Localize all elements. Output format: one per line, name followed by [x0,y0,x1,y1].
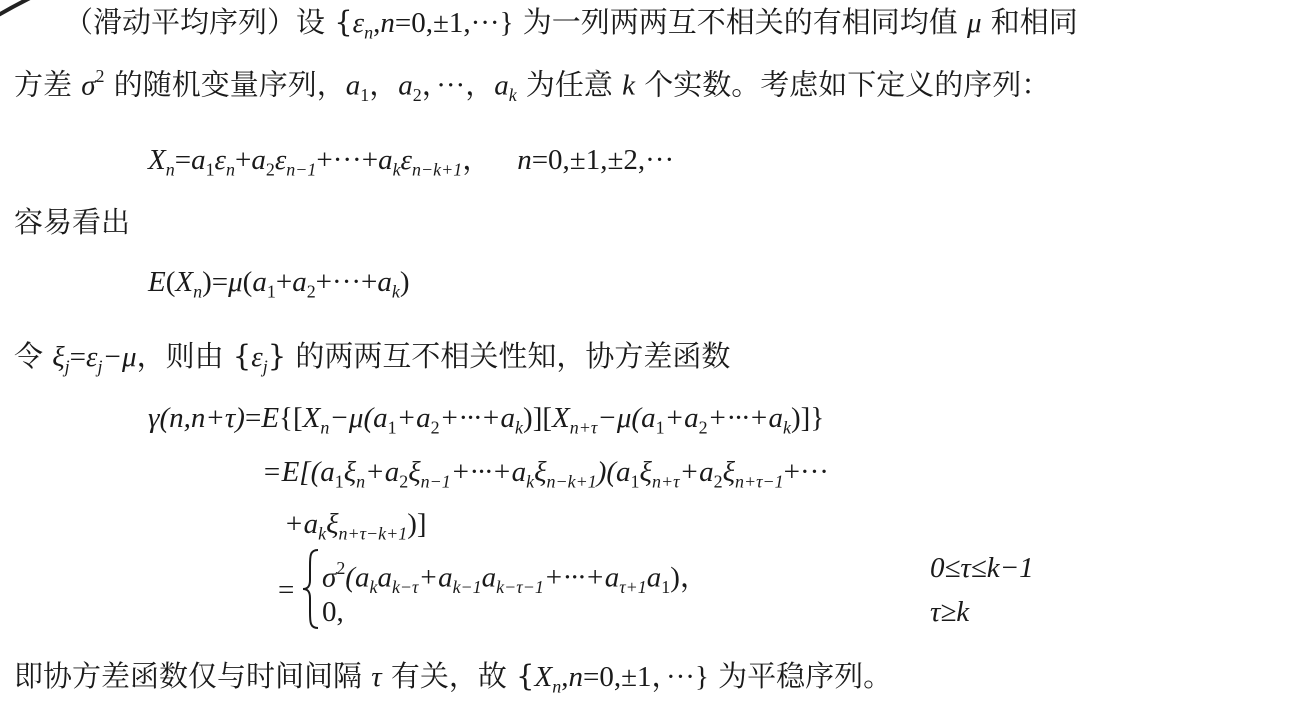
subscript: n−1 [286,159,316,179]
equals-sign: = [70,341,86,373]
text: +···+a [440,402,515,434]
subscript: n+τ−1 [735,471,784,491]
subscript: 2 [431,417,440,437]
xi-symbol: ξ [534,456,546,488]
text: )= [202,266,228,298]
text: (a [345,562,369,594]
subscript: k [515,417,523,437]
text: −μ(a [597,402,655,434]
variable-a: a [647,562,662,594]
text: 的两两互不相关性知，协方差函数 [286,339,730,373]
paragraph-2: 容易看出 [14,202,130,242]
xi-symbol: ξ [408,456,420,488]
text: ，则由 { [137,339,252,373]
subscript: n−1 [421,471,451,491]
epsilon-symbol: ε [215,144,226,176]
text: 为任意 [517,68,622,102]
text: ) [400,266,410,298]
subscript: k [318,523,326,543]
sigma-symbol: σ [81,70,95,102]
tau-symbol: τ [371,661,381,693]
text: 和相同 [982,5,1078,39]
subscript: n−k+1 [412,159,462,179]
subscript: k−1 [453,577,482,597]
subscript: 1 [360,85,369,105]
subscript: 1 [267,281,276,301]
text: =E[(a [262,456,335,488]
xi-symbol: ξ [344,456,356,488]
text: 个实数。考虑如下定义的序列： [635,68,1050,102]
text: +···+a [451,456,526,488]
text: −μ(a [329,402,387,434]
text: 令 [14,339,52,373]
variable-X: X [303,402,321,434]
text: ， [369,68,398,102]
epsilon-symbol: ε [353,7,364,39]
subscript: 2 [413,85,422,105]
variable-a: a [482,562,497,594]
gamma-symbol: γ [148,402,159,434]
subscript: 2 [714,471,723,491]
ellipsis: ··· [332,266,361,298]
variable-X: X [148,144,166,176]
text: 为平稳序列。 [709,659,892,693]
variable-n: n [568,661,583,693]
xi-symbol: ξ [52,341,64,373]
subscript: 2 [399,471,408,491]
subscript: k−τ [392,577,419,597]
case-2-condition: τ≥k [930,592,969,632]
text: +···+a [708,402,783,434]
subscript: n [166,159,175,179]
plus-sign: + [362,144,378,176]
xi-symbol: ξ [640,456,652,488]
superscript: 2 [96,66,105,86]
text: +a [680,456,714,488]
text: +a [397,402,431,434]
arguments: (n,n+τ) [159,402,245,434]
subscript: n+τ [652,471,680,491]
subscript: 2 [307,281,316,301]
epsilon-symbol: ε [86,341,97,373]
variable-n: n [380,7,395,39]
text: +··· [784,456,829,488]
ellipsis: ··· [333,144,362,176]
paragraph-3: 令 ξj=εj−μ，则由 {εj} 的两两互不相关性知，协方差函数 [14,336,730,386]
case-1-condition: 0≤τ≤k−1 [930,548,1034,588]
superscript: 2 [336,558,345,578]
equals-sign: = [245,402,261,434]
subscript: τ+1 [619,577,647,597]
text: 容易看出 [14,205,130,239]
subscript: n [364,22,373,42]
plus-sign: + [361,266,377,298]
variable-a: a [494,70,509,102]
text: +a [284,508,318,540]
epsilon-symbol: ε [401,144,412,176]
text: )(a [597,456,631,488]
case-1: σ2(akak−τ+ak−1ak−τ−1+···+aτ+1a1)， [322,548,709,607]
sigma-symbol: σ [322,562,336,594]
text: ( [166,266,176,298]
subscript: n [356,471,365,491]
subscript: 1 [661,577,670,597]
paragraph-1-line-2: 方差 σ2 的随机变量序列，a1，a2，···，ak 为任意 k 个实数。考虑如… [14,56,1050,115]
variable-a: a [377,562,392,594]
subscript: n [552,676,561,696]
xi-symbol: ξ [326,508,338,540]
subscript: k−τ−1 [496,577,544,597]
variable-a: a [292,266,307,298]
text: （滑动平均序列）设 { [64,5,353,39]
subscript: 1 [631,471,640,491]
subscript: 1 [335,471,344,491]
variable-a: a [191,144,206,176]
condition: τ≥k [930,596,969,628]
subscript: n [226,159,235,179]
text: )， [670,562,709,594]
epsilon-symbol: ε [275,144,286,176]
variable-a: a [398,70,413,102]
variable-a: a [252,266,267,298]
variable-a: a [251,144,266,176]
condition: =0,±1,±2,··· [532,144,674,176]
equation-moving-average: Xn=a1εn+a2εn−1+···+akεn−k+1，n=0,±1,±2,··… [148,140,674,189]
text: ( [243,266,253,298]
subscript: k [393,159,401,179]
variable-a: a [346,70,361,102]
plus-sign: + [316,266,332,298]
subscript: k [392,281,400,301]
text: +a [419,562,453,594]
variable-a: a [378,144,393,176]
text: ， [465,68,494,102]
subscript: 1 [388,417,397,437]
text: 有关，故 { [382,659,535,693]
case-2: 0, [322,592,344,632]
text: )][ [523,402,552,434]
subscript: 1 [206,159,215,179]
mu-symbol: μ [228,266,243,298]
subscript: k [783,417,791,437]
text: 为一列两两互不相关的有相同均值 [514,5,967,39]
equals-sign: = [278,574,294,606]
cases-equals: = [278,570,294,610]
text: 方差 [14,68,81,102]
left-brace-icon [300,548,322,630]
text: )] [407,508,426,540]
variable-a: a [377,266,392,298]
subscript: n+τ−k+1 [338,523,407,543]
text: )]} [791,402,824,434]
equation-covariance-line-3: +akξn+τ−k+1)] [284,504,427,553]
subscript: 2 [266,159,275,179]
epsilon-symbol: ε [251,341,262,373]
corner-mark-decoration [0,0,50,22]
condition: 0≤τ≤k−1 [930,552,1034,584]
minus-mu: −μ [102,341,136,373]
text: ， [462,144,491,176]
text: } [268,339,286,373]
text: ， [422,68,437,102]
text: +a [365,456,399,488]
text: +···+a [544,562,619,594]
variable-X: X [552,402,570,434]
text: 即协方差函数仅与时间间隔 [14,659,371,693]
subscript: 1 [656,417,665,437]
variable-X: X [175,266,193,298]
plus-sign: + [276,266,292,298]
subscript: 2 [699,417,708,437]
paragraph-1-line-1: （滑动平均序列）设 {εn,n=0,±1,···} 为一列两两互不相关的有相同均… [64,2,1078,52]
text: {[ [279,402,303,434]
text: 0, [322,596,344,628]
equation-covariance-line-1: γ(n,n+τ)=E{[Xn−μ(a1+a2+···+ak)][Xn+τ−μ(a… [148,398,824,447]
ellipsis: ··· [436,70,465,102]
equation-expectation: E(Xn)=μ(a1+a2+···+ak) [148,262,410,311]
mu-symbol: μ [967,7,982,39]
subscript: k [526,471,534,491]
equation-covariance-line-2: =E[(a1ξn+a2ξn−1+···+akξn−k+1)(a1ξn+τ+a2ξ… [262,452,829,501]
text: =0,±1，···} [583,661,709,693]
text: 的随机变量序列， [105,68,346,102]
expectation-operator: E [148,266,166,298]
equals-sign: = [175,144,191,176]
subscript: n+τ [570,417,598,437]
variable-n: n [517,144,532,176]
variable-X: X [535,661,553,693]
paragraph-4-conclusion: 即协方差函数仅与时间间隔 τ 有关，故 {Xn,n=0,±1，···} 为平稳序… [14,656,892,706]
subscript: n−k+1 [547,471,597,491]
plus-sign: + [316,144,332,176]
text: =0,±1,···} [395,7,514,39]
subscript: n [320,417,329,437]
variable-k: k [622,70,635,102]
subscript: k [509,85,517,105]
plus-sign: + [235,144,251,176]
text: +a [665,402,699,434]
subscript: n [193,281,202,301]
xi-symbol: ξ [723,456,735,488]
expectation-operator: E [261,402,279,434]
